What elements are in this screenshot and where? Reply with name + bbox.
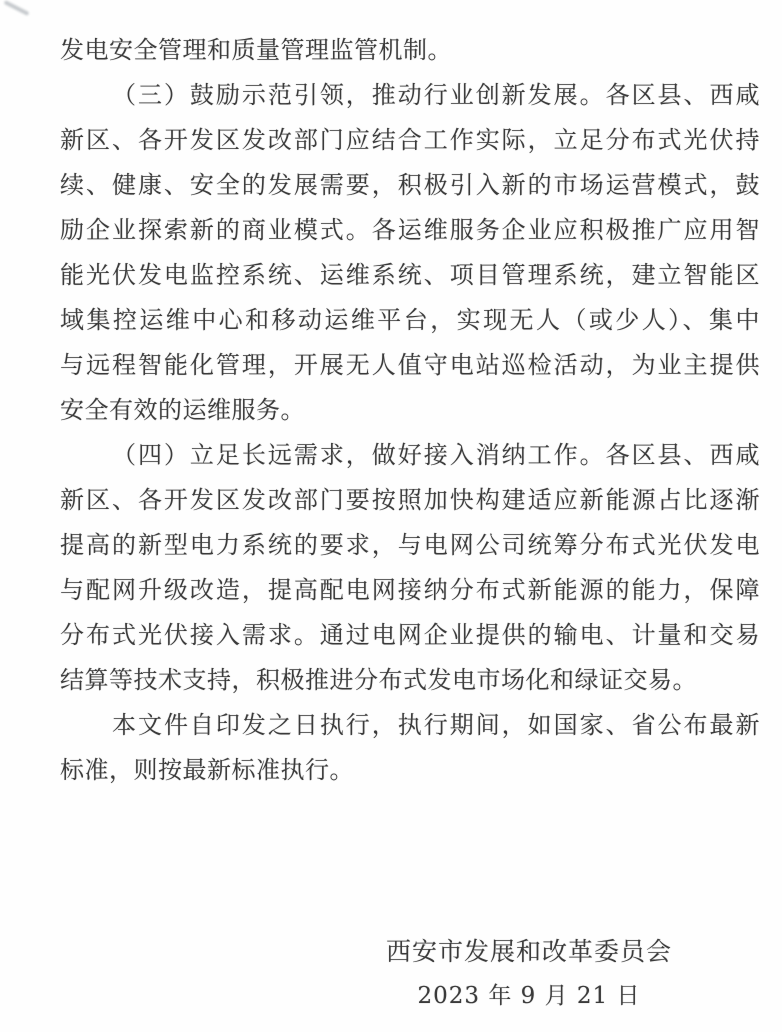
text-line: 域集控运维中心和移动运维平台，实现无人（或少人）、集中 (60, 298, 760, 343)
paragraph-0: 发电安全管理和质量管理监管机制。 (60, 28, 760, 73)
text-line: 结算等技术支持，积极推进分布式发电市场化和绿证交易。 (60, 658, 760, 703)
paragraph-2: （四）立足长远需求，做好接入消纳工作。各区县、西咸新区、各开发区发改部门要按照加… (60, 433, 760, 703)
text-line: 能光伏发电监控系统、运维系统、项目管理系统，建立智能区 (60, 253, 760, 298)
text-line: （三）鼓励示范引领，推动行业创新发展。各区县、西咸 (60, 73, 760, 118)
text-line: 新区、各开发区发改部门应结合工作实际，立足分布式光伏持 (60, 118, 760, 163)
text-line: 励企业探索新的商业模式。各运维服务企业应积极推广应用智 (60, 208, 760, 253)
text-line: 提高的新型电力系统的要求，与电网公司统筹分布式光伏发电 (60, 523, 760, 568)
signature-organization: 西安市发展和改革委员会 (386, 929, 672, 974)
text-line: 与配网升级改造，提高配电网接纳分布式新能源的能力，保障 (60, 568, 760, 613)
text-line: 标准，则按最新标准执行。 (60, 748, 760, 793)
paragraph-1: （三）鼓励示范引领，推动行业创新发展。各区县、西咸新区、各开发区发改部门应结合工… (60, 73, 760, 433)
text-line: （四）立足长远需求，做好接入消纳工作。各区县、西咸 (60, 433, 760, 478)
text-line: 续、健康、安全的发展需要，积极引入新的市场运营模式，鼓 (60, 163, 760, 208)
signature-date: 2023 年 9 月 21 日 (386, 974, 672, 1019)
text-line: 发电安全管理和质量管理监管机制。 (60, 28, 760, 73)
paragraph-3: 本文件自印发之日执行，执行期间，如国家、省公布最新标准，则按最新标准执行。 (60, 703, 760, 793)
text-line: 本文件自印发之日执行，执行期间，如国家、省公布最新 (60, 703, 760, 748)
document-page: 发电安全管理和质量管理监管机制。（三）鼓励示范引领，推动行业创新发展。各区县、西… (0, 0, 782, 1032)
text-line: 新区、各开发区发改部门要按照加快构建适应新能源占比逐渐 (60, 478, 760, 523)
text-line: 安全有效的运维服务。 (60, 388, 760, 433)
scan-artifact-mark (4, 0, 30, 16)
text-line: 分布式光伏接入需求。通过电网企业提供的输电、计量和交易 (60, 613, 760, 658)
document-body: 发电安全管理和质量管理监管机制。（三）鼓励示范引领，推动行业创新发展。各区县、西… (60, 28, 760, 793)
signature-block: 西安市发展和改革委员会 2023 年 9 月 21 日 (386, 929, 672, 1019)
text-line: 与远程智能化管理，开展无人值守电站巡检活动，为业主提供 (60, 343, 760, 388)
